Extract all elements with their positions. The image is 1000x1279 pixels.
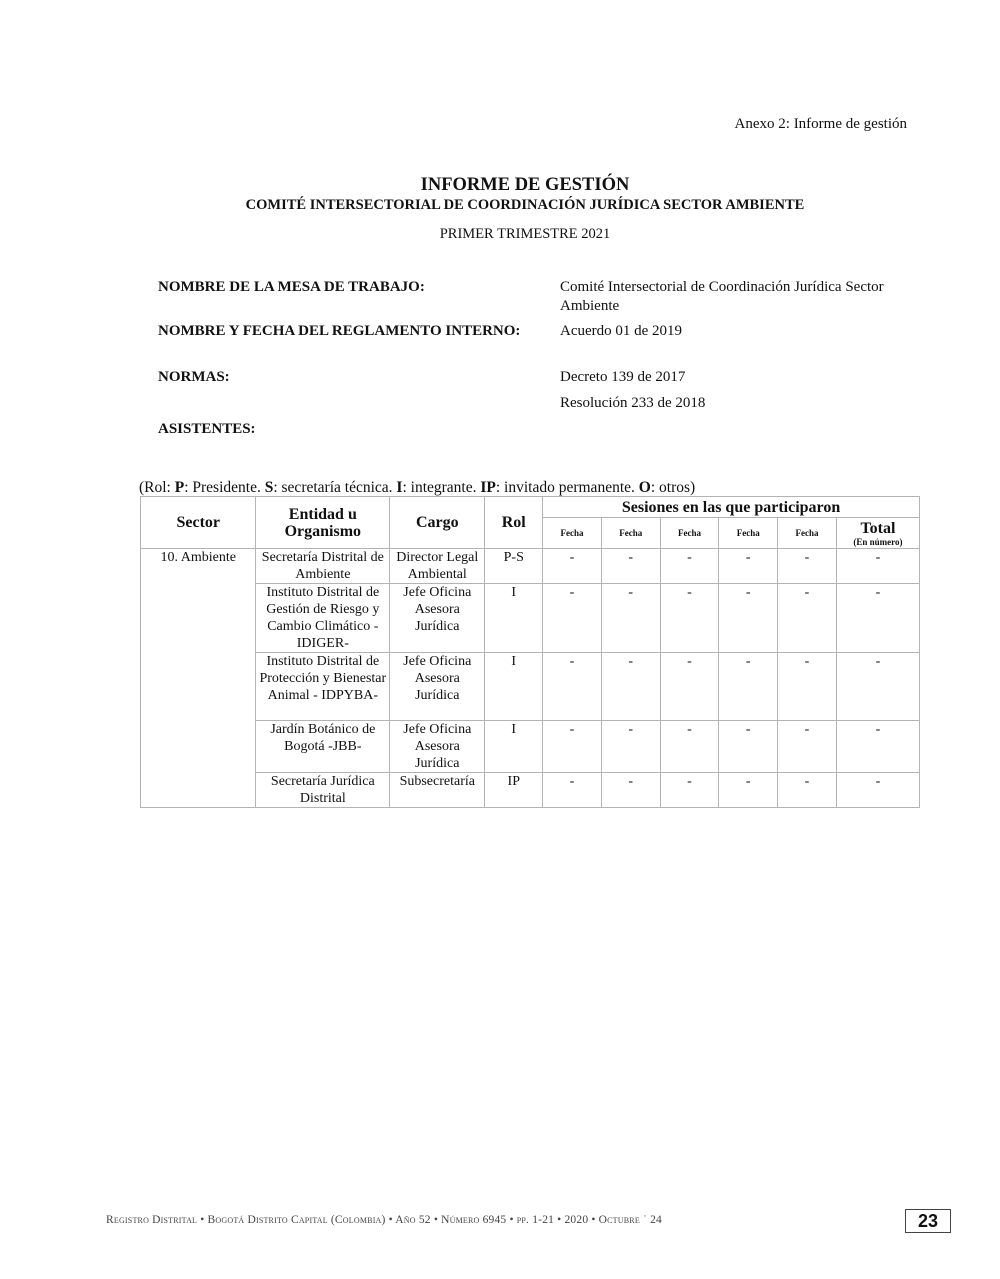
entidad-cell: Instituto Distrital de Protección y Bien… bbox=[256, 653, 390, 721]
report-period: PRIMER TRIMESTRE 2021 bbox=[0, 226, 1000, 243]
fecha-cell: - bbox=[601, 721, 660, 773]
fecha-cell: - bbox=[543, 773, 602, 808]
meta-row-normas: NORMAS: Decreto 139 de 2017 bbox=[158, 368, 928, 394]
footer-citation: Registro Distrital • Bogotá Distrito Cap… bbox=[106, 1214, 662, 1226]
table-row: Instituto Distrital de Gestión de Riesgo… bbox=[141, 584, 920, 653]
meta-row-mesa: NOMBRE DE LA MESA DE TRABAJO: Comité Int… bbox=[158, 278, 928, 322]
cargo-cell: Subsecretaría bbox=[390, 773, 485, 808]
fecha-cell: - bbox=[719, 584, 778, 653]
legend-text: : Presidente. bbox=[184, 479, 265, 496]
header-entidad: Entidad u Organismo bbox=[256, 497, 390, 549]
rol-cell: I bbox=[485, 721, 543, 773]
norma-value-2: Resolución 233 de 2018 bbox=[560, 394, 928, 420]
report-subtitle: COMITÉ INTERSECTORIAL DE COORDINACIÓN JU… bbox=[0, 196, 1000, 214]
header-fecha: Fecha bbox=[543, 518, 602, 549]
cargo-cell: Jefe Oficina Asesora Jurídica bbox=[390, 584, 485, 653]
fecha-cell: - bbox=[778, 549, 837, 584]
annex-label: Anexo 2: Informe de gestión bbox=[735, 116, 907, 133]
meta-row-normas-2: Resolución 233 de 2018 bbox=[158, 394, 928, 420]
fecha-cell: - bbox=[601, 653, 660, 721]
meta-section: NOMBRE DE LA MESA DE TRABAJO: Comité Int… bbox=[158, 278, 928, 446]
sector-cell: 10. Ambiente bbox=[141, 549, 256, 808]
legend-role-code: IP bbox=[480, 479, 496, 496]
page-number: 23 bbox=[905, 1209, 951, 1233]
header-sector: Sector bbox=[141, 497, 256, 549]
rol-cell: I bbox=[485, 653, 543, 721]
fecha-cell: - bbox=[660, 549, 719, 584]
fecha-cell: - bbox=[601, 584, 660, 653]
legend-text: (Rol: bbox=[139, 479, 175, 496]
asistentes-label: ASISTENTES: bbox=[158, 420, 560, 446]
meta-row-asistentes: ASISTENTES: bbox=[158, 420, 928, 446]
reglamento-label: NOMBRE Y FECHA DEL REGLAMENTO INTERNO: bbox=[158, 322, 560, 368]
header-fecha: Fecha bbox=[601, 518, 660, 549]
report-title: INFORME DE GESTIÓN bbox=[0, 174, 1000, 196]
legend-role-code: O bbox=[639, 479, 651, 496]
header-sesiones: Sesiones en las que participaron bbox=[543, 497, 920, 518]
header-cargo: Cargo bbox=[390, 497, 485, 549]
mesa-value: Comité Intersectorial de Coordinación Ju… bbox=[560, 278, 928, 322]
fecha-cell: - bbox=[660, 653, 719, 721]
cargo-cell: Jefe Oficina Asesora Jurídica bbox=[390, 721, 485, 773]
fecha-cell: - bbox=[778, 584, 837, 653]
fecha-cell: - bbox=[778, 721, 837, 773]
meta-row-reglamento: NOMBRE Y FECHA DEL REGLAMENTO INTERNO: A… bbox=[158, 322, 928, 368]
normas-label: NORMAS: bbox=[158, 368, 560, 394]
header-fecha: Fecha bbox=[719, 518, 778, 549]
fecha-cell: - bbox=[719, 721, 778, 773]
entidad-cell: Secretaría Distrital de Ambiente bbox=[256, 549, 390, 584]
role-legend: (Rol: P: Presidente. S: secretaría técni… bbox=[139, 479, 695, 497]
table-row: Secretaría Jurídica DistritalSubsecretar… bbox=[141, 773, 920, 808]
fecha-cell: - bbox=[543, 721, 602, 773]
entidad-cell: Instituto Distrital de Gestión de Riesgo… bbox=[256, 584, 390, 653]
legend-text: : integrante. bbox=[402, 479, 480, 496]
fecha-cell: - bbox=[601, 773, 660, 808]
cargo-cell: Jefe Oficina Asesora Jurídica bbox=[390, 653, 485, 721]
legend-text: : invitado permanente. bbox=[496, 479, 639, 496]
total-cell: - bbox=[836, 549, 919, 584]
reglamento-value: Acuerdo 01 de 2019 bbox=[560, 322, 928, 368]
header-rol: Rol bbox=[485, 497, 543, 549]
fecha-cell: - bbox=[660, 584, 719, 653]
fecha-cell: - bbox=[660, 721, 719, 773]
total-cell: - bbox=[836, 653, 919, 721]
entidad-cell: Secretaría Jurídica Distrital bbox=[256, 773, 390, 808]
table-row: Jardín Botánico de Bogotá -JBB-Jefe Ofic… bbox=[141, 721, 920, 773]
fecha-cell: - bbox=[660, 773, 719, 808]
title-block: INFORME DE GESTIÓN COMITÉ INTERSECTORIAL… bbox=[0, 174, 1000, 243]
total-cell: - bbox=[836, 584, 919, 653]
legend-role-code: P bbox=[175, 479, 184, 496]
fecha-cell: - bbox=[543, 653, 602, 721]
rol-cell: IP bbox=[485, 773, 543, 808]
header-total-sub: (En número) bbox=[838, 537, 918, 547]
mesa-label: NOMBRE DE LA MESA DE TRABAJO: bbox=[158, 278, 560, 322]
header-fecha: Fecha bbox=[660, 518, 719, 549]
cargo-cell: Director Legal Ambiental bbox=[390, 549, 485, 584]
table-row: 10. AmbienteSecretaría Distrital de Ambi… bbox=[141, 549, 920, 584]
legend-text: : otros) bbox=[651, 479, 695, 496]
rol-cell: I bbox=[485, 584, 543, 653]
fecha-cell: - bbox=[543, 549, 602, 584]
legend-text: : secretaría técnica. bbox=[273, 479, 396, 496]
attendance-table: Sector Entidad u Organismo Cargo Rol Ses… bbox=[140, 496, 920, 808]
header-total-label: Total bbox=[860, 520, 895, 537]
total-cell: - bbox=[836, 773, 919, 808]
norma-value-1: Decreto 139 de 2017 bbox=[560, 368, 928, 394]
fecha-cell: - bbox=[778, 773, 837, 808]
fecha-cell: - bbox=[719, 653, 778, 721]
fecha-cell: - bbox=[543, 584, 602, 653]
total-cell: - bbox=[836, 721, 919, 773]
fecha-cell: - bbox=[778, 653, 837, 721]
fecha-cell: - bbox=[719, 773, 778, 808]
entidad-cell: Jardín Botánico de Bogotá -JBB- bbox=[256, 721, 390, 773]
header-total: Total (En número) bbox=[836, 518, 919, 549]
header-fecha: Fecha bbox=[778, 518, 837, 549]
fecha-cell: - bbox=[601, 549, 660, 584]
rol-cell: P-S bbox=[485, 549, 543, 584]
table-row: Instituto Distrital de Protección y Bien… bbox=[141, 653, 920, 721]
fecha-cell: - bbox=[719, 549, 778, 584]
